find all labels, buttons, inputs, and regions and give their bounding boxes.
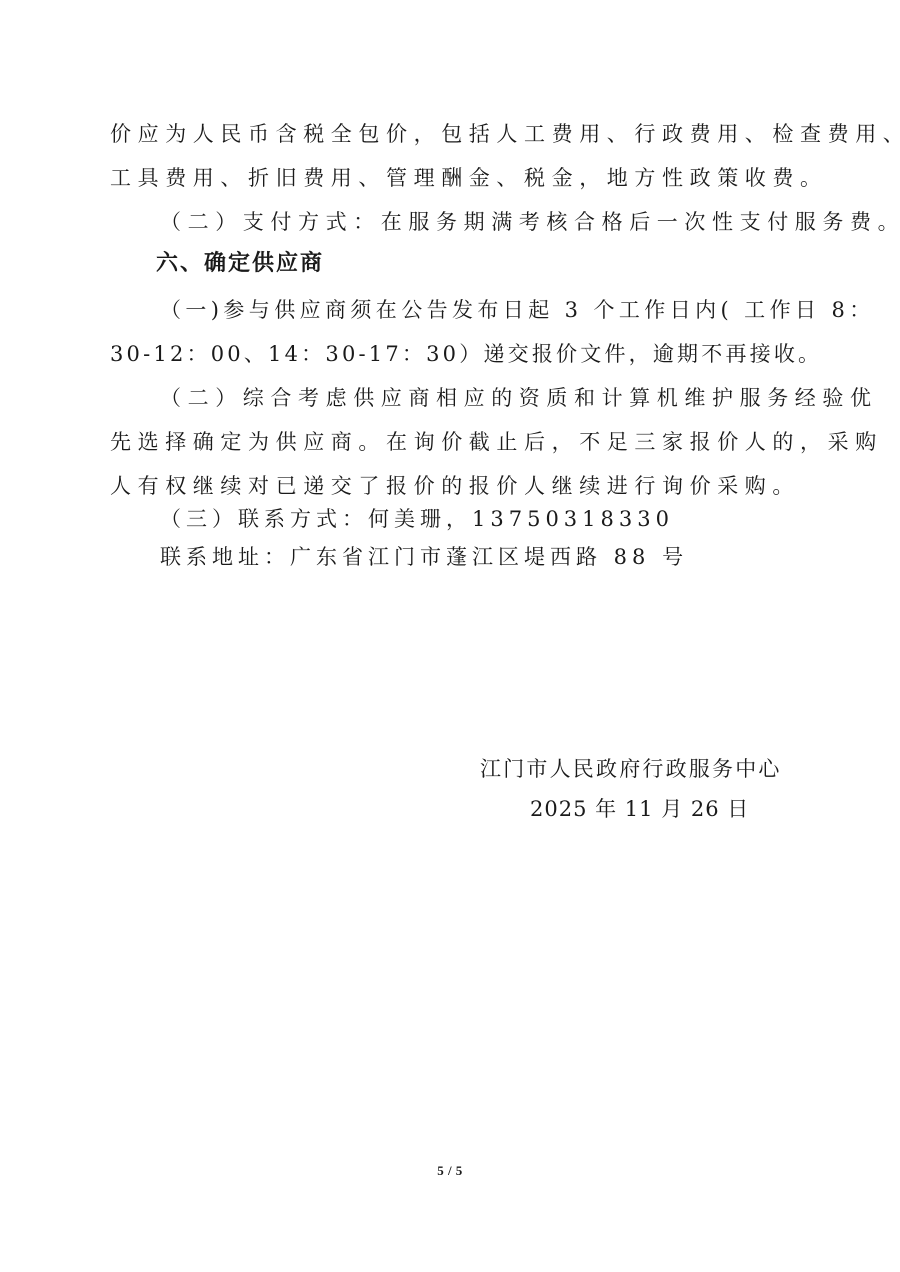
page-number: 5 / 5 <box>0 1163 900 1179</box>
paragraph-line-price-scope: 价应为人民币含税全包价，包括人工费用、行政费用、检查费用、 <box>110 120 900 148</box>
contact-address: 联系地址：广东省江门市蓬江区堤西路 88 号 <box>160 543 688 571</box>
paragraph-selection-criteria-end: 人有权继续对已递交了报价的报价人继续进行询价采购。 <box>110 472 800 500</box>
document-page: 价应为人民币含税全包价，包括人工费用、行政费用、检查费用、 工具费用、折旧费用、… <box>0 0 900 1272</box>
paragraph-submission-hours: 30-12：00、14：30-17：30）递交报价文件，逾期不再接收。 <box>110 340 822 368</box>
paragraph-submission-deadline: （一)参与供应商须在公告发布日起 3 个工作日内( 工作日 8： <box>160 296 875 324</box>
paragraph-payment-method: （二）支付方式：在服务期满考核合格后一次性支付服务费。 <box>160 208 900 236</box>
section-heading-determine-supplier: 六、确定供应商 <box>156 250 324 278</box>
signature-organization: 江门市人民政府行政服务中心 <box>480 755 782 783</box>
paragraph-selection-criteria: （二）综合考虑供应商相应的资质和计算机维护服务经验优 <box>160 384 878 412</box>
paragraph-line-price-scope-cont: 工具费用、折旧费用、管理酬金、税金，地方性政策收费。 <box>110 164 828 192</box>
signature-date: 2025 年 11 月 26 日 <box>530 795 749 823</box>
paragraph-selection-criteria-cont: 先选择确定为供应商。在询价截止后，不足三家报价人的，采购 <box>110 428 883 456</box>
contact-info: （三）联系方式：何美珊，13750318330 <box>160 505 674 533</box>
